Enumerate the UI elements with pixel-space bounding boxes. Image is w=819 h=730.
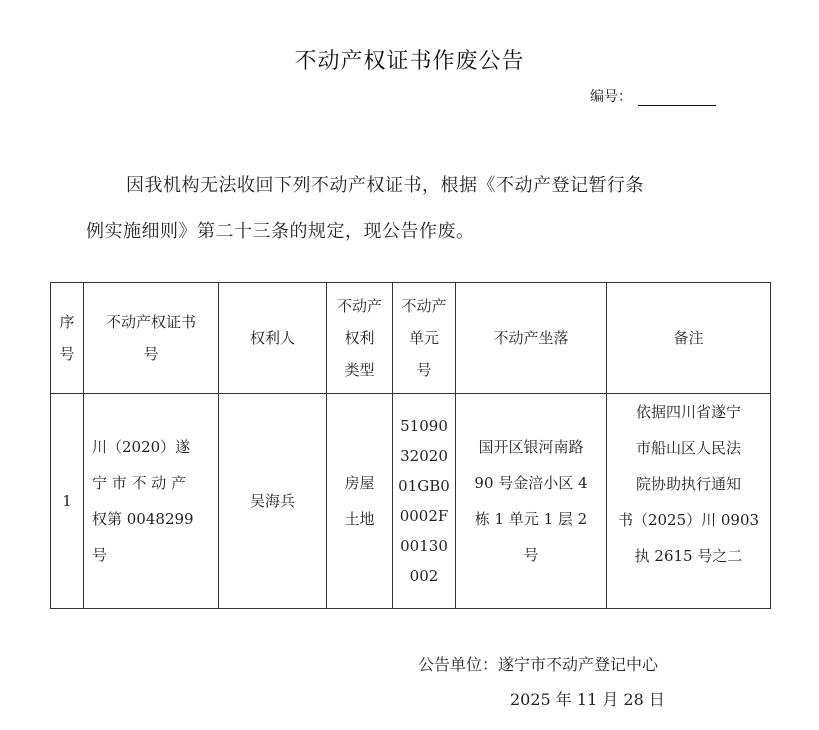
cell-remark: 依据四川省遂宁 市船山区人民法 院协助执行通知 书（2025）川 0903 执 …: [607, 394, 771, 609]
cell-right-type: 房屋 土地: [327, 394, 393, 609]
header-right-type-line: 权利: [327, 322, 392, 354]
header-remark: 备注: [607, 283, 771, 394]
serial-number-blank: [638, 91, 716, 106]
cert-no-line: 宁 市 不 动 产: [92, 465, 218, 501]
header-unit-no: 不动产 单元 号: [393, 283, 456, 394]
unit-no-line: 32020: [393, 441, 455, 471]
void-certificate-table: 序 号 不动产权证书 号 权利人 不动产 权利 类型 不动产 单元 号 不动产坐…: [50, 282, 771, 609]
header-right-type-line: 不动产: [327, 290, 392, 322]
header-cert-no-line: 不动产权证书: [84, 306, 218, 338]
document-title: 不动产权证书作废公告: [0, 44, 819, 75]
header-seq-line: 号: [51, 338, 83, 370]
right-type-line: 土地: [327, 501, 392, 537]
location-line: 号: [456, 537, 606, 573]
unit-no-line: 0002F: [393, 501, 455, 531]
serial-number-label: 编号：: [590, 86, 632, 106]
header-unit-no-line: 单元: [393, 322, 455, 354]
table-header-row: 序 号 不动产权证书 号 权利人 不动产 权利 类型 不动产 单元 号 不动产坐…: [51, 283, 771, 394]
header-right-type: 不动产 权利 类型: [327, 283, 393, 394]
issuing-organization: 公告单位：遂宁市不动产登记中心: [418, 652, 658, 675]
issue-date: 2025 年 11 月 28 日: [510, 687, 665, 710]
serial-number-field: 编号：: [590, 86, 716, 106]
body-paragraph-line-1: 因我机构无法收回下列不动产权证书，根据《不动产登记暂行条: [126, 171, 644, 197]
unit-no-line: 002: [393, 561, 455, 591]
header-owner: 权利人: [219, 283, 327, 394]
header-cert-no: 不动产权证书 号: [84, 283, 219, 394]
table-row: 1 川（2020）遂 宁 市 不 动 产 权第 0048299 号 吴海兵 房屋…: [51, 394, 771, 609]
header-unit-no-line: 不动产: [393, 290, 455, 322]
cell-owner: 吴海兵: [219, 394, 327, 609]
header-location: 不动产坐落: [456, 283, 607, 394]
unit-no-line: 51090: [393, 411, 455, 441]
remark-line: 依据四川省遂宁: [607, 394, 770, 430]
body-paragraph-line-2: 例实施细则》第二十三条的规定，现公告作废。: [86, 217, 475, 243]
header-unit-no-line: 号: [393, 354, 455, 386]
cell-unit-no: 51090 32020 01GB0 0002F 00130 002: [393, 394, 456, 609]
cell-location: 国开区银河南路 90 号金涪小区 4 栋 1 单元 1 层 2 号: [456, 394, 607, 609]
remark-line: 执 2615 号之二: [607, 538, 770, 574]
cert-no-line: 川（2020）遂: [92, 429, 218, 465]
header-seq-line: 序: [51, 306, 83, 338]
cell-cert-no: 川（2020）遂 宁 市 不 动 产 权第 0048299 号: [84, 394, 219, 609]
location-line: 90 号金涪小区 4: [456, 465, 606, 501]
location-line: 国开区银河南路: [456, 429, 606, 465]
remark-line: 市船山区人民法: [607, 430, 770, 466]
header-seq: 序 号: [51, 283, 84, 394]
right-type-line: 房屋: [327, 465, 392, 501]
header-right-type-line: 类型: [327, 354, 392, 386]
cert-no-line: 号: [92, 537, 218, 573]
unit-no-line: 01GB0: [393, 471, 455, 501]
cell-seq: 1: [51, 394, 84, 609]
remark-line: 院协助执行通知: [607, 466, 770, 502]
cert-no-line: 权第 0048299: [92, 501, 218, 537]
unit-no-line: 00130: [393, 531, 455, 561]
header-cert-no-line: 号: [84, 338, 218, 370]
remark-line: 书（2025）川 0903: [607, 502, 770, 538]
location-line: 栋 1 单元 1 层 2: [456, 501, 606, 537]
